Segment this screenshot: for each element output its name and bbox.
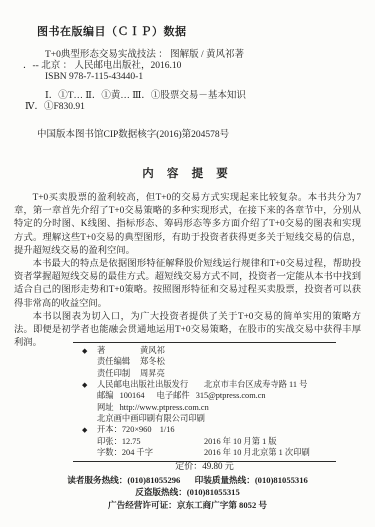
- publisher-name: 人民邮电出版社出版发行: [97, 379, 204, 390]
- sheets-value: 12.75: [122, 437, 141, 446]
- diamond-bullet-icon: ◆: [82, 346, 87, 357]
- printing-company: 北京画中画印刷有限公司印刷: [97, 413, 205, 424]
- price-line: 定价：49.80 元: [73, 459, 336, 472]
- cip-header: 图书在版编目（ＣＩＰ）数据: [0, 0, 375, 39]
- edition-line: 2016 年 10 月第 1 版: [204, 436, 277, 447]
- cip-publisher-line: ．-- 北京 ： 人民邮电出版社，2016.10: [23, 61, 375, 72]
- words-impression-row: 字数：204 千字 2016 年 10 月北京第 1 次印刷: [73, 447, 336, 458]
- words-value: 204 千字: [122, 448, 153, 457]
- email-label: 电子邮件: [157, 390, 190, 401]
- print-supervisor-row: 责任印制 周昇亮: [73, 368, 336, 379]
- print-supervisor-name: 周昇亮: [140, 368, 165, 379]
- cip-classification-block: Ⅰ．①T… Ⅱ．①黄… Ⅲ．①股票交易－基本知识 Ⅳ．①F830.91: [45, 91, 375, 113]
- reader-service-hotline: 读者服务热线：(010)81055296: [67, 474, 180, 486]
- postcode-label: 邮编: [97, 390, 114, 401]
- format-row: ◆ 开本： 720×960 1/16: [73, 424, 336, 435]
- service-hotlines-row: 读者服务热线：(010)81055296 印装质量热线：(010)8105531…: [0, 474, 375, 486]
- website-value: http://www.ptpress.com.cn: [120, 402, 209, 413]
- sheets-edition-row: 印张：12.75 2016 年 10 月第 1 版: [73, 436, 336, 447]
- cip-data-block: T+0典型形态交易实战技法 ： 图解版 / 黄风祁著 ．-- 北京 ： 人民邮电…: [45, 50, 375, 83]
- author-label: 著: [97, 345, 140, 356]
- sheets-label: 印张：: [97, 437, 122, 446]
- summary-paragraphs: T+0买卖股票的盈利较高，但T+0的交易方式实现起来比较复杂。本书共分为7章，第…: [14, 192, 361, 350]
- words-cell: 字数：204 千字: [97, 447, 204, 458]
- author-name: 黄风祁: [140, 345, 165, 356]
- publisher-row: ◆ 人民邮电出版社出版发行 北京市丰台区成寿寺路 11 号: [73, 379, 336, 390]
- format-label: 开本：: [97, 424, 122, 435]
- classification-line-1: Ⅰ．①T… Ⅱ．①黄… Ⅲ．①股票交易－基本知识: [45, 91, 375, 102]
- website-row: 网址 http://www.ptpress.com.cn: [73, 402, 336, 413]
- printing-company-row: 北京画中画印刷有限公司印刷: [73, 413, 336, 424]
- colophon-block: ◆ 著 黄风祁 责任编辑 郑冬松 责任印制 周昇亮 ◆ 人民邮电出版社出版发行 …: [73, 342, 336, 462]
- email-value: 315@ptpress.com.cn: [196, 390, 266, 401]
- editor-label: 责任编辑: [97, 356, 140, 367]
- cip-record-line: 中国版本图书馆CIP数据核字(2016)第204578号: [37, 126, 375, 140]
- diamond-bullet-icon: ◆: [82, 425, 87, 436]
- sheets-cell: 印张：12.75: [97, 436, 204, 447]
- cip-isbn-line: ISBN 978-7-115-43440-1: [45, 72, 375, 83]
- diamond-bullet-icon: ◆: [82, 380, 87, 391]
- anti-piracy-hotline: 反盗版热线：(010)81055315: [0, 486, 375, 498]
- words-label: 字数：: [97, 448, 122, 457]
- cip-title-line: T+0典型形态交易实战技法 ： 图解版 / 黄风祁著: [45, 50, 375, 61]
- editor-name: 郑冬松: [140, 356, 165, 367]
- print-quality-hotline: 印装质量热线：(010)81055316: [195, 474, 308, 486]
- hotlines-block: 读者服务热线：(010)81055296 印装质量热线：(010)8105531…: [0, 474, 375, 511]
- website-label: 网址: [97, 402, 114, 413]
- editor-row: 责任编辑 郑冬松: [73, 356, 336, 367]
- postcode-value: 100164: [120, 390, 145, 401]
- postcode-email-row: 邮编 100164 电子邮件 315@ptpress.com.cn: [73, 390, 336, 401]
- summary-title: 内 容 提 要: [0, 165, 375, 181]
- author-row: ◆ 著 黄风祁: [73, 345, 336, 356]
- copyright-page: 图书在版编目（ＣＩＰ）数据 T+0典型形态交易实战技法 ： 图解版 / 黄风祁著…: [0, 0, 375, 527]
- format-value: 720×960 1/16: [122, 424, 175, 435]
- print-supervisor-label: 责任印制: [97, 368, 140, 379]
- impression-line: 2016 年 10 月北京第 1 次印刷: [204, 447, 310, 458]
- ad-license-line: 广告经营许可证：京东工商广字第 8052 号: [0, 499, 375, 511]
- classification-line-2: Ⅳ．①F830.91: [25, 102, 375, 113]
- summary-paragraph-2: 本书最大的特点是依据图形特征解释股价短线运行规律和T+0交易过程，帮助投资者掌握…: [14, 258, 361, 311]
- publisher-address: 北京市丰台区成寿寺路 11 号: [204, 379, 307, 390]
- summary-paragraph-1: T+0买卖股票的盈利较高，但T+0的交易方式实现起来比较复杂。本书共分为7章，第…: [14, 192, 361, 258]
